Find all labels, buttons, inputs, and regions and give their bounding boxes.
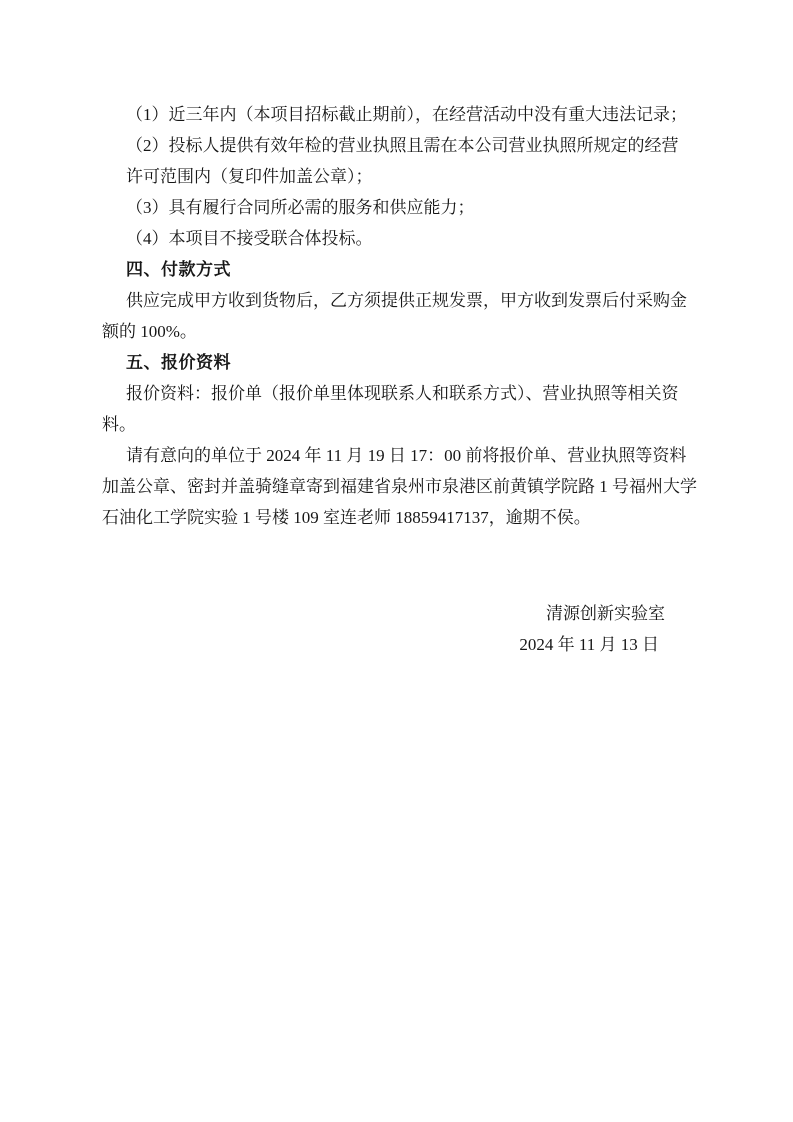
section-heading: 四、付款方式 xyxy=(102,254,680,285)
signature-block: 清源创新实验室 2024 年 11 月 13 日 xyxy=(519,598,665,660)
document-page: （1）近三年内（本项目招标截止期前），在经营活动中没有重大违法记录；（2）投标人… xyxy=(0,0,793,1122)
document-line: （3）具有履行合同所必需的服务和供应能力； xyxy=(102,192,680,223)
document-line: 加盖公章、密封并盖骑缝章寄到福建省泉州市泉港区前黄镇学院路 1 号福州大学 xyxy=(102,471,680,502)
section-heading: 五、报价资料 xyxy=(102,347,680,378)
document-line: （1）近三年内（本项目招标截止期前），在经营活动中没有重大违法记录； xyxy=(102,99,680,130)
document-line: 料。 xyxy=(102,409,680,440)
document-line: 额的 100%。 xyxy=(102,316,680,347)
document-line: 石油化工学院实验 1 号楼 109 室连老师 18859417137，逾期不侯。 xyxy=(102,502,680,533)
document-line: 报价资料：报价单（报价单里体现联系人和联系方式）、营业执照等相关资 xyxy=(102,378,680,409)
document-line: 供应完成甲方收到货物后，乙方须提供正规发票，甲方收到发票后付采购金 xyxy=(102,285,680,316)
document-line: 请有意向的单位于 2024 年 11 月 19 日 17：00 前将报价单、营业… xyxy=(102,440,680,471)
document-body: （1）近三年内（本项目招标截止期前），在经营活动中没有重大违法记录；（2）投标人… xyxy=(102,99,680,533)
signature-date: 2024 年 11 月 13 日 xyxy=(519,629,659,660)
signature-organization: 清源创新实验室 xyxy=(519,598,665,629)
document-line: （4）本项目不接受联合体投标。 xyxy=(102,223,680,254)
document-line: （2）投标人提供有效年检的营业执照且需在本公司营业执照所规定的经营 xyxy=(102,130,680,161)
document-line: 许可范围内（复印件加盖公章）； xyxy=(102,161,680,192)
